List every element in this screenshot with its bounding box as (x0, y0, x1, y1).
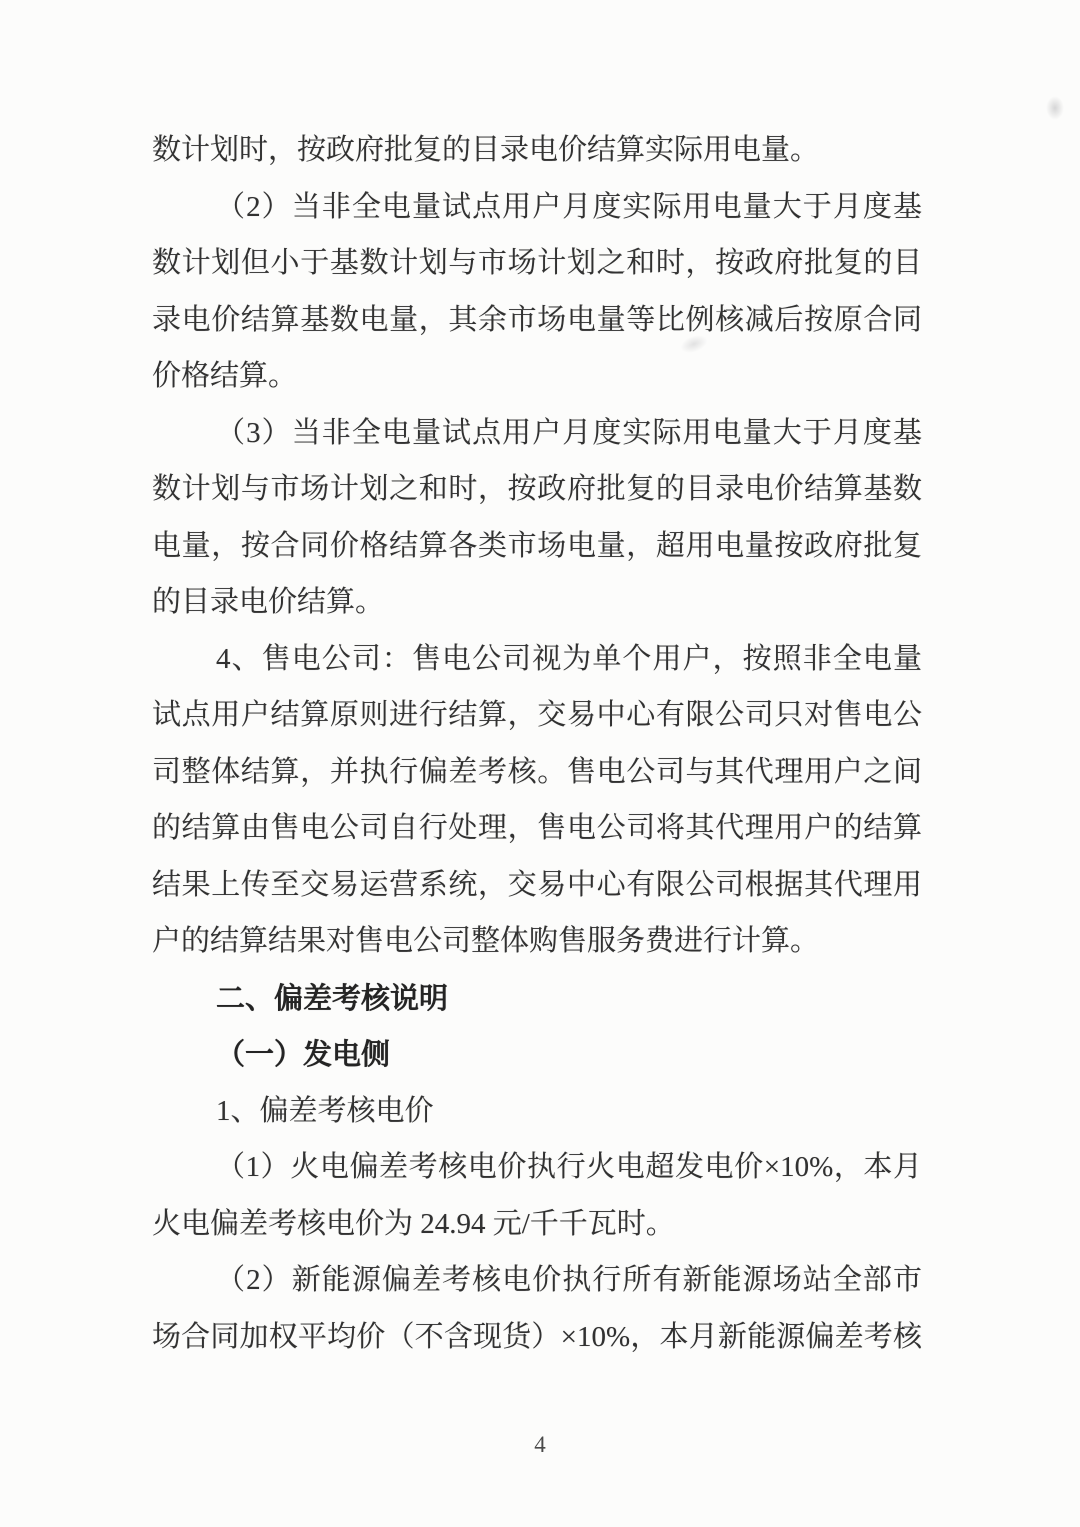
text-line: 价格结算。 (152, 348, 922, 405)
text-line: 户的结算结果对售电公司整体购售服务费进行计算。 (152, 913, 922, 970)
text-line: 司整体结算，并执行偏差考核。售电公司与其代理用户之间 (152, 744, 922, 801)
document-page: 数计划时，按政府批复的目录电价结算实际用电量。 （2）当非全电量试点用户月度实际… (0, 0, 1080, 1527)
text-line: 场合同加权平均价（不含现货）×10%，本月新能源偏差考核 (152, 1309, 922, 1366)
text-line: （3）当非全电量试点用户月度实际用电量大于月度基 (152, 405, 922, 462)
item-heading-deviation-price: 1、偏差考核电价 (152, 1083, 922, 1140)
text-line: 火电偏差考核电价为 24.94 元/千千瓦时。 (152, 1196, 922, 1253)
text-line: 的结算由售电公司自行处理，售电公司将其代理用户的结算 (152, 800, 922, 857)
text-line: 4、售电公司：售电公司视为单个用户，按照非全电量 (152, 631, 922, 688)
text-line: 数计划时，按政府批复的目录电价结算实际用电量。 (152, 122, 922, 179)
text-line: 数计划但小于基数计划与市场计划之和时，按政府批复的目 (152, 235, 922, 292)
text-line: （2）当非全电量试点用户月度实际用电量大于月度基 (152, 179, 922, 236)
text-line: 录电价结算基数电量，其余市场电量等比例核减后按原合同 (152, 292, 922, 349)
text-line: 结果上传至交易运营系统，交易中心有限公司根据其代理用 (152, 857, 922, 914)
text-line: 的目录电价结算。 (152, 574, 922, 631)
document-body: 数计划时，按政府批复的目录电价结算实际用电量。 （2）当非全电量试点用户月度实际… (152, 122, 922, 1365)
scan-smudge (1046, 96, 1064, 120)
text-line: （1）火电偏差考核电价执行火电超发电价×10%，本月 (152, 1139, 922, 1196)
text-line: 电量，按合同价格结算各类市场电量，超用电量按政府批复 (152, 518, 922, 575)
text-line: （2）新能源偏差考核电价执行所有新能源场站全部市 (152, 1252, 922, 1309)
page-number: 4 (0, 1430, 1080, 1460)
section-heading-deviation-assessment: 二、偏差考核说明 (152, 970, 922, 1027)
text-line: 数计划与市场计划之和时，按政府批复的目录电价结算基数 (152, 461, 922, 518)
subsection-heading-generation-side: （一）发电侧 (152, 1026, 922, 1083)
text-line: 试点用户结算原则进行结算，交易中心有限公司只对售电公 (152, 687, 922, 744)
